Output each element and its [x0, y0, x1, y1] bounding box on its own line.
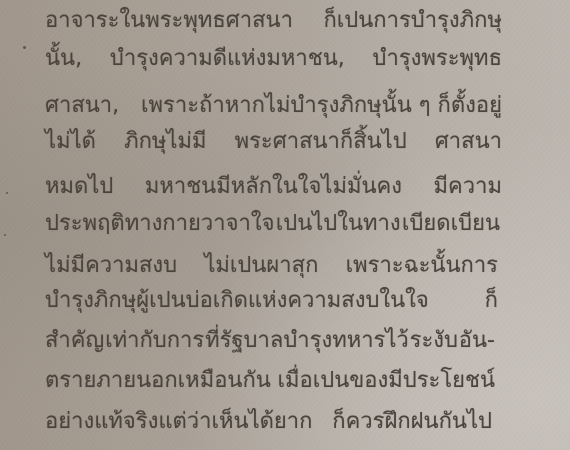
- text-phrase: มหาชนมีหลักในใจไม่มั่นคง: [145, 167, 402, 207]
- text-line-9: สำคัญ เท่ากับการ ที่รัฐบาลบำรุงทหารไว้ ร…: [45, 321, 495, 361]
- text-phrase: ภิกษุไม่มี: [124, 122, 206, 162]
- text-phrase: สำคัญ: [45, 321, 104, 361]
- text-phrase: ประพฤติทางกายวาจาใจ: [45, 204, 274, 244]
- text-phrase: เปนไปในทาง: [276, 204, 401, 244]
- text-phrase: พระศาสนาก็สิ้นไป: [235, 122, 407, 162]
- paper-speck: [6, 192, 8, 194]
- text-phrase: ไม่เปนผาสุก: [204, 246, 318, 286]
- text-phrase: มีความ: [434, 167, 502, 207]
- text-phrase: เบียดเบียน: [402, 204, 500, 244]
- text-phrase: ศาสนา,: [45, 86, 119, 126]
- text-line-10: ตรายภายนอกเหมือนกัน เมื่อเปนของมีประโยชน…: [45, 361, 495, 401]
- text-phrase: เพราะฉะนั้นการ: [346, 246, 498, 286]
- text-phrase: บำรุงภิกษุผู้เปนบ่อเกิดแห่งความสงบในใจ: [45, 281, 429, 321]
- text-phrase: บำรุงความดีแห่งมหาชน,: [110, 39, 345, 79]
- text-phrase: อาจาระในพระพุทธศาสนา: [45, 1, 293, 41]
- text-phrase: เมื่อเปนของมีประโยชน์: [277, 361, 495, 401]
- text-phrase: หมดไป: [45, 167, 113, 207]
- text-phrase: บำรุงพระพุทธ: [373, 39, 502, 79]
- text-line-3: ศาสนา, เพราะถ้าหากไม่บำรุงภิกษุนั้น ๆ ก็…: [45, 86, 502, 126]
- text-phrase: ไม่มีความสงบ: [45, 246, 177, 286]
- document-page-photo: อาจาระในพระพุทธศาสนา ก็เปนการบำรุงภิกษุ …: [0, 0, 570, 450]
- text-line-8: บำรุงภิกษุผู้เปนบ่อเกิดแห่งความสงบในใจ ก…: [45, 281, 498, 321]
- text-line-1: อาจาระในพระพุทธศาสนา ก็เปนการบำรุงภิกษุ: [45, 1, 502, 41]
- paper-speck: [4, 234, 6, 236]
- text-phrase: ที่รัฐบาลบำรุงทหารไว้: [205, 321, 409, 361]
- text-phrase: ก็: [485, 281, 498, 321]
- paper-speck: [23, 46, 26, 49]
- text-line-11: อย่างแท้จริงแต่ว่าเห็นได้ยาก ก็ควรฝึกฝนก…: [45, 402, 492, 442]
- text-phrase: ระงับ: [410, 321, 458, 361]
- text-phrase: อย่างแท้จริงแต่ว่าเห็นได้ยาก: [45, 402, 312, 442]
- text-phrase: ก็เปนการบำรุงภิกษุ: [323, 1, 502, 41]
- text-phrase: เท่ากับการ: [105, 321, 204, 361]
- text-phrase: ก็ควรฝึกฝนกันไป: [332, 402, 492, 442]
- text-line-6: ประพฤติทางกายวาจาใจ เปนไปในทาง เบียดเบีย…: [45, 204, 500, 244]
- text-phrase: นั้น,: [45, 39, 82, 79]
- text-phrase: เพราะถ้าหากไม่บำรุงภิกษุนั้น ๆ ก็ตั้งอยู…: [141, 86, 502, 126]
- text-phrase: ศาสนา: [435, 122, 502, 162]
- text-line-2: นั้น, บำรุงความดีแห่งมหาชน, บำรุงพระพุทธ: [45, 39, 502, 79]
- text-phrase: ไม่ได้: [45, 122, 96, 162]
- text-line-5: หมดไป มหาชนมีหลักในใจไม่มั่นคง มีความ: [45, 167, 502, 207]
- text-line-7: ไม่มีความสงบ ไม่เปนผาสุก เพราะฉะนั้นการ: [45, 246, 498, 286]
- text-line-4: ไม่ได้ ภิกษุไม่มี พระศาสนาก็สิ้นไป ศาสนา: [45, 122, 502, 162]
- text-phrase: อัน-: [459, 321, 495, 361]
- text-phrase: ตรายภายนอกเหมือนกัน: [45, 361, 271, 401]
